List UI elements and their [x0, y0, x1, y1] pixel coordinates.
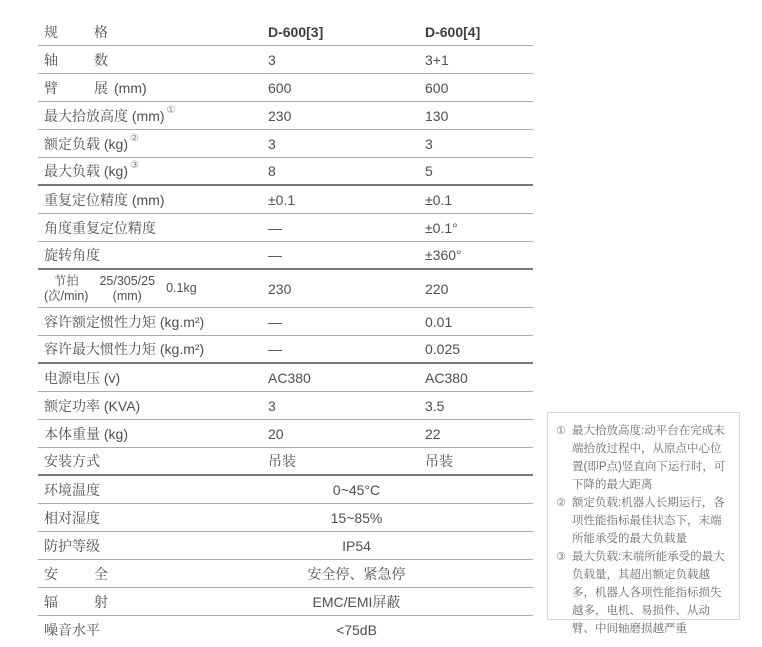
spec-value-span: 15~85% [180, 510, 533, 526]
spec-value-1: 3 [268, 52, 425, 68]
spec-value-1: 230 [268, 108, 425, 124]
footnote-text: 额定负载:机器人长期运行，各项性能指标最佳状态下，末端所能承受的最大负载量 [572, 494, 732, 548]
spec-value-2: ±360° [425, 247, 533, 263]
spec-value-2: 3 [425, 136, 533, 152]
spec-value-span: EMC/EMI屏蔽 [180, 592, 533, 612]
spec-label-cell: 本体重量 (kg) [38, 424, 268, 444]
spec-label-cell: 臂展 (mm) [38, 78, 268, 98]
spec-label: 最大负载 (kg) [44, 161, 128, 181]
spec-value-2: 600 [425, 80, 533, 96]
footnote-text: 最大负载:末端所能承受的最大负载量，其超出额定负载越多，机器人各项性能指标损失越… [572, 548, 732, 638]
table-row-rated-inertia: 容许额定惯性力矩 (kg.m²) — 0.01 [38, 308, 533, 336]
table-row-rated-power: 额定功率 (KVA) 3 3.5 [38, 392, 533, 420]
spec-label: 本体重量 (kg) [44, 424, 128, 444]
cycle-rate-label: 节拍 (次/min) 25/305/25 (mm) 0.1kg [44, 274, 197, 304]
spec-value-span: <75dB [180, 622, 533, 638]
footnote-number: ③ [556, 548, 572, 638]
spec-label-cell: 角度重复定位精度 [38, 218, 268, 238]
spec-value-2: 220 [425, 281, 533, 297]
spec-label: 安装方式 [44, 451, 100, 471]
table-row-radiation: 辐射 EMC/EMI屏蔽 [38, 588, 533, 616]
spec-label-cell: 规格 [38, 22, 268, 42]
spec-value-1: AC380 [268, 370, 425, 386]
label-char: 数 [94, 50, 108, 70]
table-row-protection-rating: 防护等级 IP54 [38, 532, 533, 560]
spec-label-cell: 安全 [38, 564, 180, 584]
table-row-ambient-temperature: 环境温度 0~45°C [38, 476, 533, 504]
spec-label-cell: 容许额定惯性力矩 (kg.m²) [38, 312, 268, 332]
spec-label: 额定功率 (KVA) [44, 396, 140, 416]
table-row-cycle-rate: 节拍 (次/min) 25/305/25 (mm) 0.1kg 230 220 [38, 270, 533, 308]
footnote-item: ② 额定负载:机器人长期运行，各项性能指标最佳状态下，末端所能承受的最大负载量 [556, 494, 732, 548]
footnote-item: ① 最大拾放高度:动平台在完成末端拾放过程中，从原点中心位置(即P点)竖直向下运… [556, 422, 732, 494]
spec-value-1: 600 [268, 80, 425, 96]
spec-label-cell: 容许最大惯性力矩 (kg.m²) [38, 339, 268, 359]
spec-value-2: 吊装 [425, 451, 533, 471]
spec-label: 安全 [44, 564, 108, 584]
spec-label: 旋转角度 [44, 245, 100, 265]
table-row-mounting: 安装方式 吊装 吊装 [38, 448, 533, 476]
cycle-label-line: 节拍 [44, 274, 88, 289]
spec-label-cell: 环境温度 [38, 480, 180, 500]
table-row-arm-span: 臂展 (mm) 600 600 [38, 74, 533, 102]
spec-label: 辐射 [44, 592, 108, 612]
label-char: 轴 [44, 50, 58, 70]
spec-sheet-page: 规格 D-600[3] D-600[4] 轴数 3 3+1 臂展 (mm) 60… [0, 0, 762, 647]
spec-label: 臂展 [44, 78, 108, 98]
spec-label: 最大拾放高度 (mm) [44, 106, 165, 126]
spec-value-1: — [268, 247, 425, 263]
spec-value-1: 20 [268, 426, 425, 442]
label-char: 展 [94, 78, 108, 98]
spec-value-span: IP54 [180, 538, 533, 554]
spec-table: 规格 D-600[3] D-600[4] 轴数 3 3+1 臂展 (mm) 60… [38, 18, 533, 644]
table-row-body-weight: 本体重量 (kg) 20 22 [38, 420, 533, 448]
spec-value-2: 0.025 [425, 341, 533, 357]
spec-value-2: 3+1 [425, 52, 533, 68]
cycle-rate-unit: 节拍 (次/min) [44, 274, 88, 304]
table-row-max-pick-height: 最大拾放高度 (mm)① 230 130 [38, 102, 533, 130]
spec-label: 额定负载 (kg) [44, 134, 128, 154]
spec-value-2: 22 [425, 426, 533, 442]
spec-value-1: 230 [268, 281, 425, 297]
spec-label: 相对湿度 [44, 508, 100, 528]
footnote-item: ③ 最大负载:末端所能承受的最大负载量，其超出额定负载越多，机器人各项性能指标损… [556, 548, 732, 638]
label-char: 规 [44, 22, 58, 42]
spec-label-cell: 安装方式 [38, 451, 268, 471]
spec-label: 容许最大惯性力矩 (kg.m²) [44, 339, 204, 359]
spec-label: 轴数 [44, 50, 108, 70]
spec-value-2: 130 [425, 108, 533, 124]
column-header-model-1: D-600[3] [268, 24, 425, 40]
spec-label: 重复定位精度 (mm) [44, 190, 165, 210]
table-row-noise-level: 噪音水平 <75dB [38, 616, 533, 644]
cycle-rate-payload: 0.1kg [166, 281, 197, 296]
spec-value-span: 安全停、紧急停 [180, 564, 533, 584]
spec-value-1: — [268, 220, 425, 236]
table-row-repeatability: 重复定位精度 (mm) ±0.1 ±0.1 [38, 186, 533, 214]
label-char: 辐 [44, 592, 58, 612]
spec-label-cell: 最大负载 (kg)③ [38, 161, 268, 181]
footnote-number: ① [556, 422, 572, 494]
table-row-safety: 安全 安全停、紧急停 [38, 560, 533, 588]
label-unit: (mm) [114, 80, 147, 96]
spec-value-2: ±0.1° [425, 220, 533, 236]
label-char: 安 [44, 564, 58, 584]
spec-value-1: 吊装 [268, 451, 425, 471]
spec-label-cell: 重复定位精度 (mm) [38, 190, 268, 210]
table-row-max-load: 最大负载 (kg)③ 8 5 [38, 158, 533, 186]
cycle-label-line: 25/305/25 [99, 274, 155, 289]
table-row-relative-humidity: 相对湿度 15~85% [38, 504, 533, 532]
spec-label-cell: 额定功率 (KVA) [38, 396, 268, 416]
label-char: 全 [94, 564, 108, 584]
spec-label: 环境温度 [44, 480, 100, 500]
label-char: 臂 [44, 78, 58, 98]
spec-label-cell: 额定负载 (kg)② [38, 134, 268, 154]
cycle-rate-path: 25/305/25 (mm) [99, 274, 155, 304]
cycle-label-line: (次/min) [44, 289, 88, 304]
table-row-axes: 轴数 3 3+1 [38, 46, 533, 74]
spec-value-2: 3.5 [425, 398, 533, 414]
spec-label-cell: 噪音水平 [38, 620, 180, 640]
spec-value-2: 5 [425, 163, 533, 179]
spec-label: 角度重复定位精度 [44, 218, 156, 238]
footnotes-box: ① 最大拾放高度:动平台在完成末端拾放过程中，从原点中心位置(即P点)竖直向下运… [547, 412, 740, 620]
table-row-max-inertia: 容许最大惯性力矩 (kg.m²) — 0.025 [38, 336, 533, 364]
spec-value-2: AC380 [425, 370, 533, 386]
cycle-label-line: (mm) [99, 289, 155, 304]
label-char: 射 [94, 592, 108, 612]
spec-label-cell: 旋转角度 [38, 245, 268, 265]
footnote-text: 最大拾放高度:动平台在完成末端拾放过程中，从原点中心位置(即P点)竖直向下运行时… [572, 422, 732, 494]
table-row-supply-voltage: 电源电压 (v) AC380 AC380 [38, 364, 533, 392]
spec-value-2: ±0.1 [425, 192, 533, 208]
spec-value-1: 3 [268, 398, 425, 414]
spec-label: 规格 [44, 22, 108, 42]
spec-value-1: 3 [268, 136, 425, 152]
spec-value-2: 0.01 [425, 314, 533, 330]
footnote-number: ② [556, 494, 572, 548]
spec-label: 容许额定惯性力矩 (kg.m²) [44, 312, 204, 332]
spec-value-1: — [268, 341, 425, 357]
label-char: 格 [94, 22, 108, 42]
spec-value-1: 8 [268, 163, 425, 179]
spec-label-cell: 电源电压 (v) [38, 368, 268, 388]
table-row-angular-repeatability: 角度重复定位精度 — ±0.1° [38, 214, 533, 242]
spec-label-cell: 轴数 [38, 50, 268, 70]
spec-label: 电源电压 (v) [44, 368, 120, 388]
spec-value-1: — [268, 314, 425, 330]
spec-label-cell: 相对湿度 [38, 508, 180, 528]
spec-label: 防护等级 [44, 536, 100, 556]
spec-label: 噪音水平 [44, 620, 100, 640]
spec-label-cell: 辐射 [38, 592, 180, 612]
table-header-row: 规格 D-600[3] D-600[4] [38, 18, 533, 46]
spec-label-cell: 节拍 (次/min) 25/305/25 (mm) 0.1kg [38, 274, 268, 304]
column-header-model-2: D-600[4] [425, 24, 533, 40]
table-row-rated-load: 额定负载 (kg)② 3 3 [38, 130, 533, 158]
spec-value-1: ±0.1 [268, 192, 425, 208]
spec-value-span: 0~45°C [180, 482, 533, 498]
spec-label-cell: 防护等级 [38, 536, 180, 556]
spec-label-cell: 最大拾放高度 (mm)① [38, 106, 268, 126]
table-row-rotation-angle: 旋转角度 — ±360° [38, 242, 533, 270]
